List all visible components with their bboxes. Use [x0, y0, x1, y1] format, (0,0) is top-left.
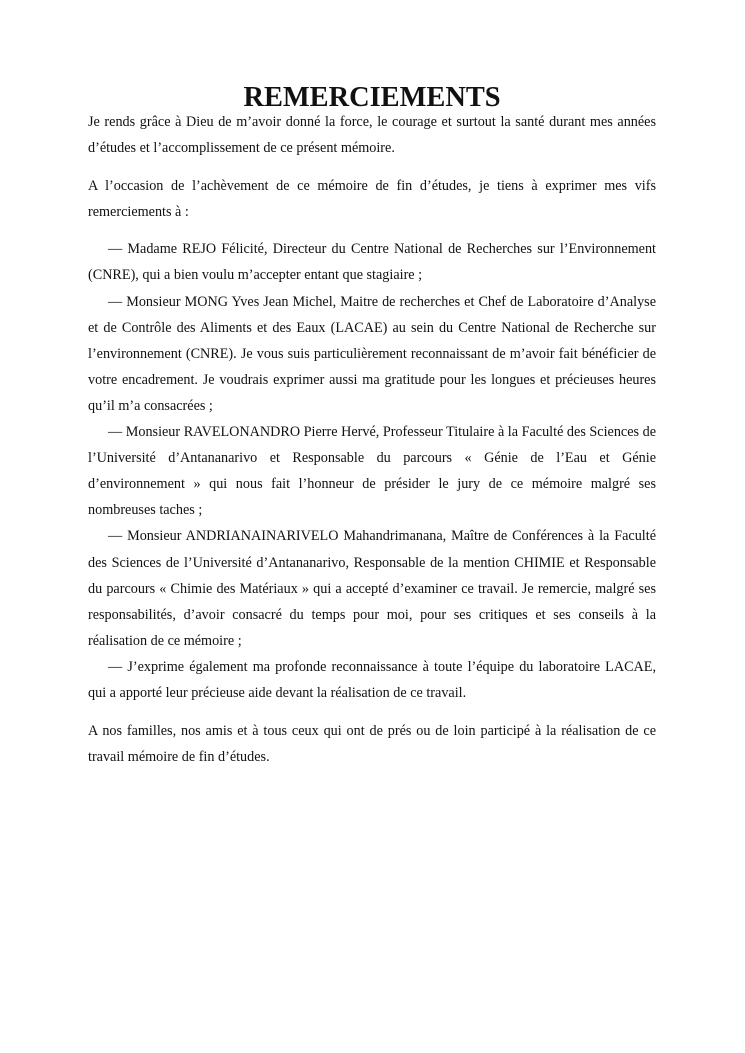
closing-paragraph: A nos familles, nos amis et à tous ceux …	[88, 718, 656, 770]
document-page: REMERCIEMENTS Je rends grâce à Dieu de m…	[88, 87, 656, 770]
list-item: — Madame REJO Félicité, Directeur du Cen…	[88, 236, 656, 288]
list-item: — J’exprime également ma profonde reconn…	[88, 654, 656, 706]
list-item: — Monsieur RAVELONANDRO Pierre Hervé, Pr…	[88, 419, 656, 523]
acknowledgement-list: — Madame REJO Félicité, Directeur du Cen…	[88, 236, 656, 706]
lead-paragraph: A l’occasion de l’achèvement de ce mémoi…	[88, 173, 656, 225]
list-item: — Monsieur MONG Yves Jean Michel, Maitre…	[88, 289, 656, 419]
intro-paragraph: Je rends grâce à Dieu de m’avoir donné l…	[88, 109, 656, 161]
list-item: — Monsieur ANDRIANAINARIVELO Mahandriman…	[88, 523, 656, 653]
page-title: REMERCIEMENTS	[88, 87, 656, 109]
